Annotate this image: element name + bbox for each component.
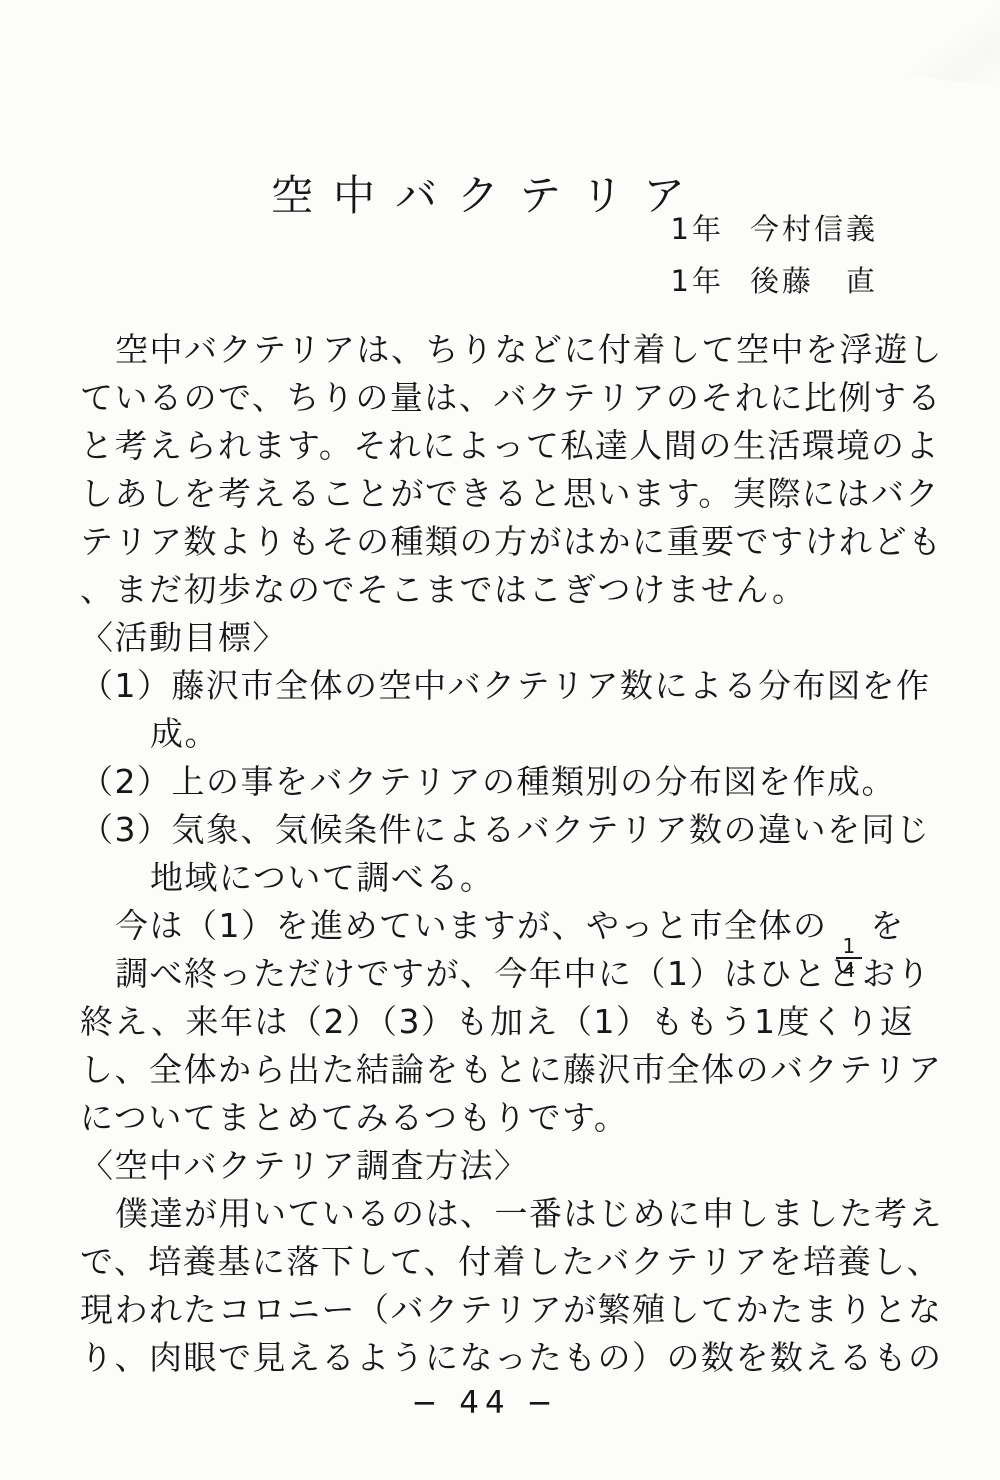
body-line: 僕達が用いているのは、一番はじめに申しました考え <box>80 1190 940 1238</box>
body-line: 成。 <box>80 710 940 758</box>
author-grade: 1年 <box>671 212 724 246</box>
author-block: 1年今村信義 1年後藤 直 <box>671 203 878 307</box>
body-line: 調べ終っただけですが、今年中に（1）はひととおり <box>80 950 940 998</box>
page-number: − 44 − <box>0 1385 1000 1421</box>
document-title: 空中バクテリア <box>271 173 705 219</box>
body-text: 空中バクテリアは、ちりなどに付着して空中を浮遊し ているので、ちりの量は、バクテ… <box>80 326 940 1382</box>
fraction-line-post: を <box>870 906 905 945</box>
body-line: しあしを考えることができると思います。実際にはバク <box>80 470 940 518</box>
author-line: 1年今村信義 <box>671 203 878 255</box>
body-line: （3）気象、気候条件によるバクテリア数の違いを同じ <box>80 806 940 854</box>
body-line: し、全体から出た結論をもとに藤沢市全体のバクテリア <box>80 1046 940 1094</box>
author-line: 1年後藤 直 <box>671 255 878 307</box>
body-line: 空中バクテリアは、ちりなどに付着して空中を浮遊し <box>80 326 940 374</box>
body-line: テリア数よりもその種類の方がはかに重要ですけれども <box>80 518 940 566</box>
body-line-with-fraction: 今は（1）を進めていますが、やっと市全体の14を <box>80 902 940 950</box>
body-line: 現われたコロニー（バクテリアが繁殖してかたまりとな <box>80 1286 940 1334</box>
body-line: と考えられます。それによって私達人間の生活環境のよ <box>80 422 940 470</box>
body-line: 終え、来年は（2）（3）も加え（1）ももう1度くり返 <box>80 998 940 1046</box>
author-grade: 1年 <box>671 264 724 298</box>
body-line: （2）上の事をバクテリアの種類別の分布図を作成。 <box>80 758 940 806</box>
body-line: （1）藤沢市全体の空中バクテリア数による分布図を作 <box>80 662 940 710</box>
scanned-document-page: 空中バクテリア 1年今村信義 1年後藤 直 空中バクテリアは、ちりなどに付着して… <box>0 0 1000 1480</box>
author-name: 今村信義 <box>750 212 878 246</box>
body-line: ているので、ちりの量は、バクテリアのそれに比例する <box>80 374 940 422</box>
body-line: で、培養基に落下して、付着したバクテリアを培養し、 <box>80 1238 940 1286</box>
body-line: についてまとめてみるつもりです。 <box>80 1094 940 1142</box>
fraction-line-pre: 今は（1）を進めていますが、やっと市全体の <box>115 906 828 945</box>
body-line: 、まだ初歩なのでそこまではこぎつけません。 <box>80 566 940 614</box>
author-name: 後藤 直 <box>750 264 878 298</box>
scan-artifact <box>833 0 1000 95</box>
body-line: 地域について調べる。 <box>80 854 940 902</box>
body-line: り、肉眼で見えるようになったもの）の数を数えるもの <box>80 1334 940 1382</box>
section-heading-goals: 〈活動目標〉 <box>80 614 940 662</box>
section-heading-method: 〈空中バクテリア調査方法〉 <box>80 1142 940 1190</box>
